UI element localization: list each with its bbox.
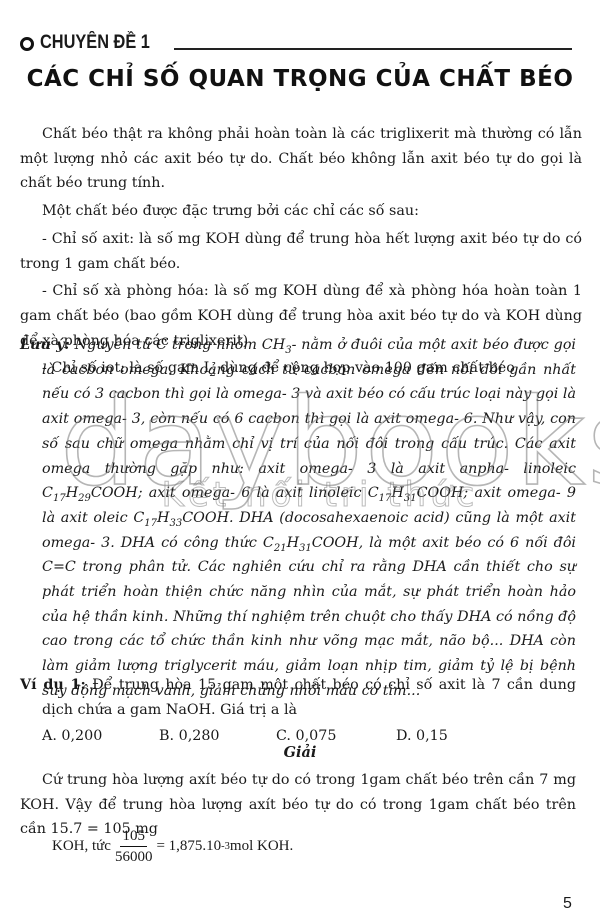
note-text: COOH; axit omega- 6 là axit linoleic C — [91, 485, 379, 501]
example-question-text: Để trung hòa 15 gam một chất béo có chỉ … — [42, 677, 576, 718]
note-section: Lưu ý: Nguyên tử C trong nhóm CH3- nằm ở… — [20, 333, 576, 704]
note-paragraph: Lưu ý: Nguyên tử C trong nhóm CH3- nằm ở… — [20, 333, 576, 704]
note-sub: 17 — [379, 493, 392, 504]
note-sub: 33 — [169, 518, 182, 529]
note-sub: 29 — [78, 493, 91, 504]
note-sub: 17 — [53, 493, 66, 504]
example-label: Ví dụ 1: — [20, 677, 86, 693]
formula-unit: mol KOH. — [230, 838, 293, 855]
note-text: - nằm ở đuôi của một axit béo được gọi l… — [42, 337, 576, 501]
solution-heading: Giải — [0, 744, 600, 761]
example-section: Ví dụ 1: Để trung hòa 15 gam một chất bé… — [20, 673, 576, 749]
note-label: Lưu ý: — [20, 337, 70, 353]
chapter-header: CHUYÊN ĐỀ 1 — [20, 26, 572, 54]
note-text: H — [391, 485, 403, 501]
fraction-denominator: 56000 — [115, 847, 153, 865]
note-text: Nguyên tử C trong nhóm CH — [70, 337, 285, 353]
example-question: Ví dụ 1: Để trung hòa 15 gam một chất bé… — [20, 673, 576, 722]
note-sub: 31 — [299, 542, 312, 553]
intro-paragraph-2: Một chất béo được đặc trưng bởi các chỉ … — [20, 199, 582, 224]
note-sub: 31 — [404, 493, 417, 504]
document-page: CHUYÊN ĐỀ 1 CÁC CHỈ SỐ QUAN TRỌNG CỦA CH… — [0, 0, 600, 922]
page-title: CÁC CHỈ SỐ QUAN TRỌNG CỦA CHẤT BÉO — [0, 66, 600, 92]
note-sub: 21 — [274, 542, 287, 553]
intro-paragraph-1: Chất béo thật ra không phải hoàn toàn là… — [20, 122, 582, 196]
fraction-numerator: 105 — [120, 828, 147, 847]
solution-formula: KOH, tức 105 56000 = 1,875.10-3 mol KOH. — [52, 828, 293, 865]
bullet-acid-index: - Chỉ số axit: là số mg KOH dùng để trun… — [20, 227, 582, 276]
fraction: 105 56000 — [115, 828, 153, 865]
note-sub: 17 — [144, 518, 157, 529]
formula-prefix: KOH, tức — [52, 838, 111, 855]
chapter-rule — [174, 48, 572, 50]
note-text: H — [287, 535, 299, 551]
formula-result: = 1,875.10 — [156, 838, 221, 855]
page-number: 5 — [563, 895, 572, 913]
circle-bullet-icon — [20, 37, 34, 51]
chapter-label: CHUYÊN ĐỀ 1 — [40, 32, 154, 54]
note-text: H — [157, 510, 169, 526]
note-text: H — [66, 485, 78, 501]
